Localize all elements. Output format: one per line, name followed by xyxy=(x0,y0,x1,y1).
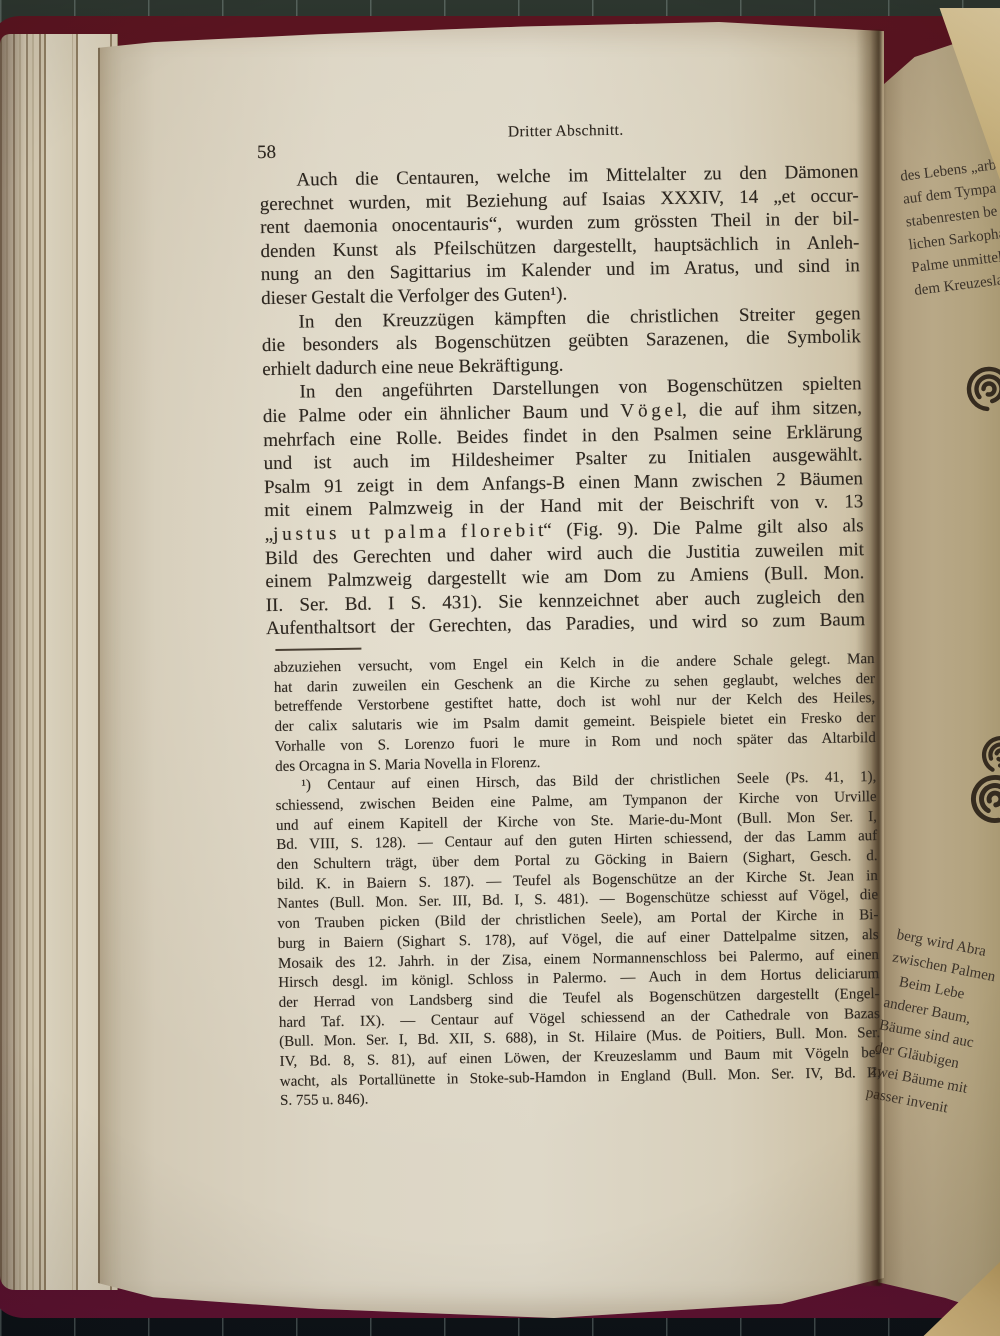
footnote-text: abzuziehen versucht, vom Engel ein Kelch… xyxy=(274,650,882,1112)
book-photo: Dritter Abschnitt. 58 Auch die Centauren… xyxy=(0,0,1000,1336)
running-header: Dritter Abschnitt. xyxy=(451,121,681,142)
page-number: 58 xyxy=(257,142,276,164)
body-text: Auch die Centauren, welche im Mittelalte… xyxy=(259,160,865,641)
page-content: Dritter Abschnitt. 58 Auch die Centauren… xyxy=(0,0,1000,1336)
footnote-rule xyxy=(275,648,361,651)
